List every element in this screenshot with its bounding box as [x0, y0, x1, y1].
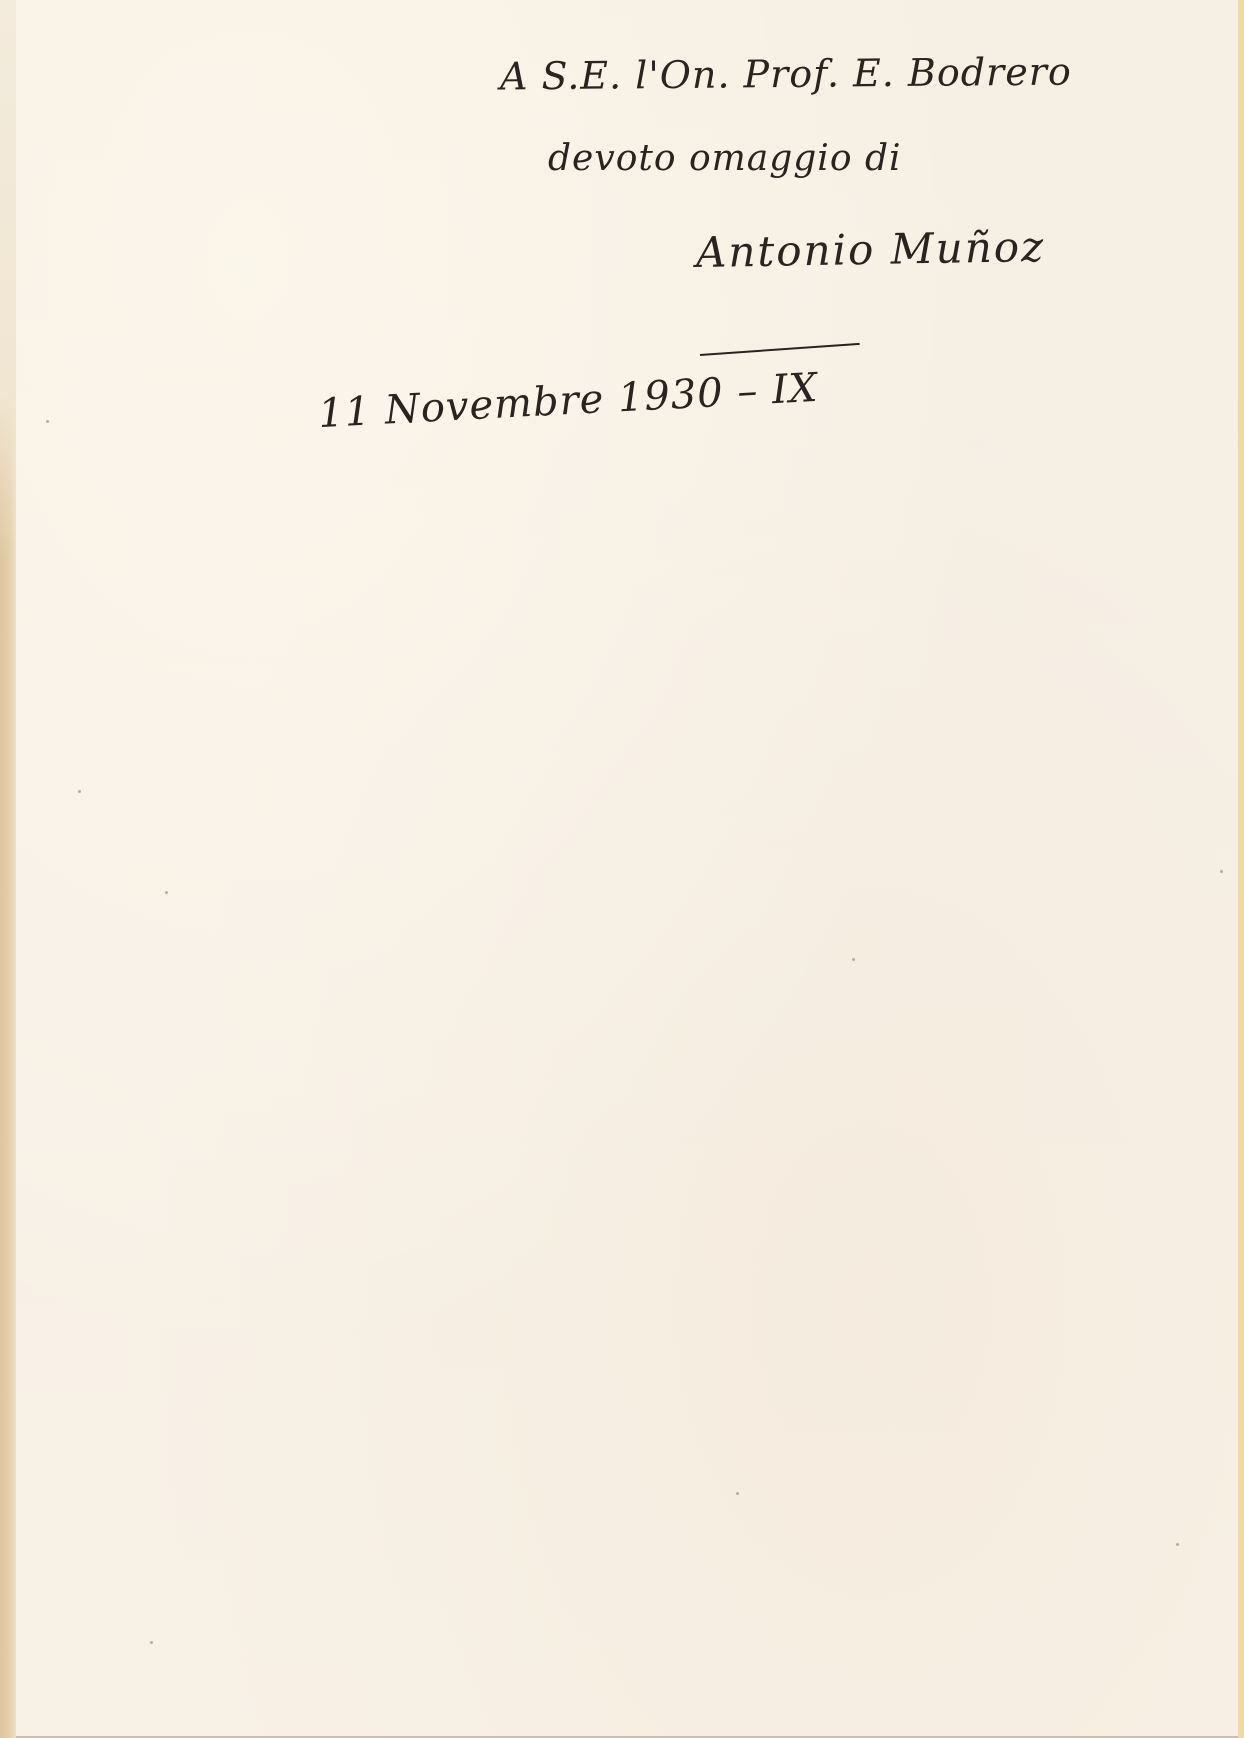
paper-speck: [1220, 870, 1223, 873]
homage-line: devoto omaggio di: [548, 138, 902, 179]
left-paper-edge-fade: [0, 0, 16, 560]
paper-speck: [736, 1492, 739, 1495]
date-flourish-stroke: [700, 343, 860, 356]
paper-speck: [1176, 1543, 1179, 1546]
paper-speck: [78, 790, 81, 793]
paper-speck: [165, 891, 168, 894]
dedication-line: A S.E. l'On. Prof. E. Bodrero: [500, 50, 1072, 99]
right-paper-edge: [1238, 0, 1244, 1738]
paper-speck: [46, 420, 49, 423]
date-line: 11 Novembre 1930 – IX: [317, 365, 819, 437]
paper-speck: [150, 1641, 153, 1644]
signature: Antonio Muñoz: [696, 222, 1046, 277]
paper-speck: [852, 958, 855, 961]
document-page: A S.E. l'On. Prof. E. Bodrero devoto oma…: [0, 0, 1244, 1738]
